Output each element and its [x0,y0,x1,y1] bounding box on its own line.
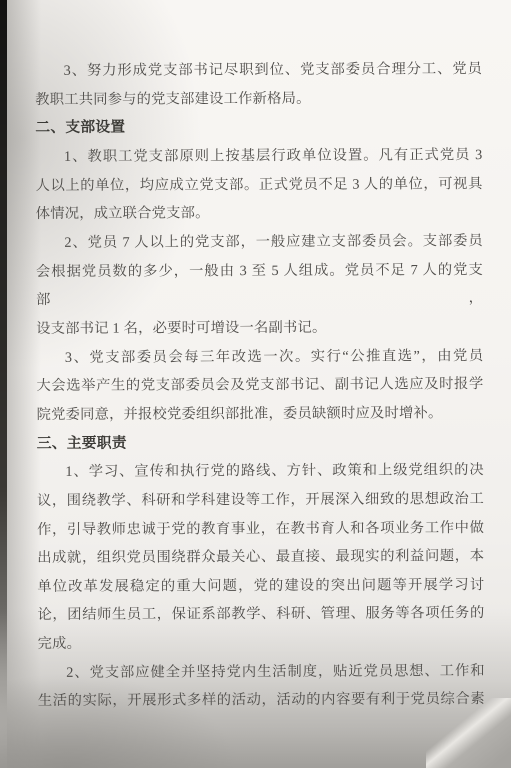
paragraph-line: 2、党支部应健全并坚持党内生活制度，贴近党员思想、工作和 [38,657,485,688]
section-heading: 二、支部设置 [35,112,482,143]
paragraph-line: 人以上的单位，均应成立党支部。正式党员不足 3 人的单位，可视具 [36,170,483,201]
section-heading: 三、主要职责 [37,428,484,459]
paragraph: 1、学习、宣传和执行党的路线、方针、政策和上级党组织的决 议，围绕教学、科研和学… [37,456,485,659]
paragraph-line: 生活的实际，开展形式多样的活动，活动的内容要有利于党员综合素 [38,685,485,716]
paragraph: 2、党员 7 人以上的党支部，一般应建立支部委员会。支部委员 会根据党员数的多少… [36,227,483,344]
paragraph-line: 院党委同意，并报校党委组织部批准，委员缺额时应及时增补。 [37,399,484,430]
paragraph: 3、努力形成党支部书记尽职到位、党支部委员合理分工、党员 教职工共同参与的党支部… [35,55,482,114]
section-heading-text: 二、支部设置 [35,112,482,143]
paragraph-line: 会根据党员数的多少，一般由 3 至 5 人组成。党员不足 7 人的党支部， [36,256,483,315]
paragraph-line: 2、党员 7 人以上的党支部，一般应建立支部委员会。支部委员 [36,227,483,258]
paragraph-line: 议，围绕教学、科研和学科建设等工作，开展深入细致的思想政治工 [37,485,484,516]
paragraph-line: 作，引导教师忠诚于党的教育事业，在教书育人和各项业务工作中做 [37,514,484,545]
paragraph-line: 1、学习、宣传和执行党的路线、方针、政策和上级党组织的决 [37,456,484,487]
paragraph-line: 教职工共同参与的党支部建设工作新格局。 [35,84,482,115]
paragraph-line: 体情况，成立联合党支部。 [36,198,483,229]
document-photo: 3、努力形成党支部书记尽职到位、党支部委员合理分工、党员 教职工共同参与的党支部… [0,0,511,768]
paragraph-line: 出成就，组织党员围绕群众最关心、最直接、最现实的利益问题，本 [37,542,484,573]
paragraph-line: 3、党支部委员会每三年改选一次。实行“公推直选”，由党员 [36,342,483,373]
document-text: 3、努力形成党支部书记尽职到位、党支部委员合理分工、党员 教职工共同参与的党支部… [35,55,485,716]
paragraph: 3、党支部委员会每三年改选一次。实行“公推直选”，由党员 大会选举产生的党支部委… [36,342,483,430]
paragraph-line: 3、努力形成党支部书记尽职到位、党支部委员合理分工、党员 [35,55,482,86]
paragraph: 2、党支部应健全并坚持党内生活制度，贴近党员思想、工作和 生活的实际，开展形式多… [38,657,485,716]
paragraph: 1、教职工党支部原则上按基层行政单位设置。凡有正式党员 3 人以上的单位，均应成… [35,141,482,229]
paragraph-line: 大会选举产生的党支部委员会及党支部书记、副书记人选应及时报学 [36,370,483,401]
paragraph-line: 1、教职工党支部原则上按基层行政单位设置。凡有正式党员 3 [35,141,482,172]
paragraph-line: 设支部书记 1 名，必要时可增设一名副书记。 [36,313,483,344]
paragraph-line: 完成。 [38,628,485,659]
section-heading-text: 三、主要职责 [37,428,484,459]
paragraph-line: 单位改革发展稳定的重大问题，党的建设的突出问题等开展学习讨 [37,571,484,602]
paragraph-line: 论，团结师生员工，保证系部教学、科研、管理、服务等各项任务的 [37,600,484,631]
